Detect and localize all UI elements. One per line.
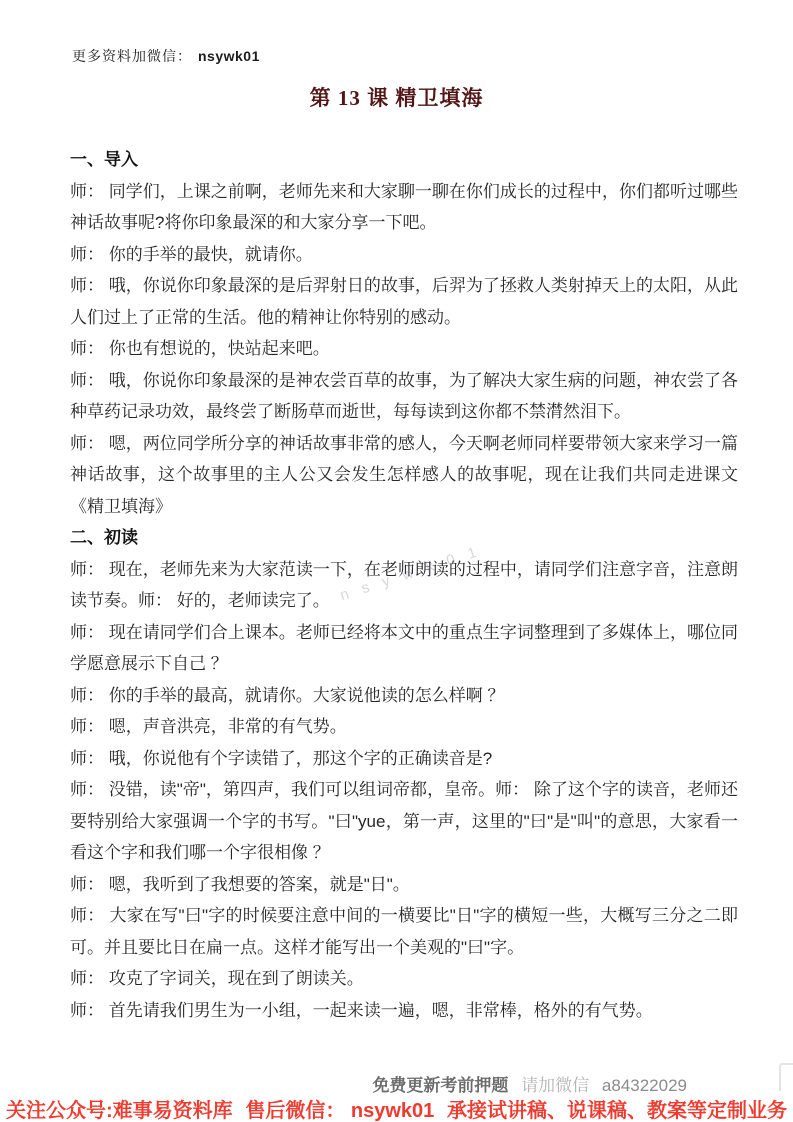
wechat-contact-header: 更多资料加微信：nsywk01 bbox=[72, 46, 260, 66]
promo-wechat-id: a84322029 bbox=[602, 1076, 687, 1095]
dialogue-paragraph: 师： 你的手举的最快，就请你。 bbox=[70, 239, 738, 271]
dialogue-paragraph: 师： 哦，你说你印象最深的是后羿射日的故事，后羿为了拯救人类射掉天上的太阳，从此… bbox=[70, 270, 738, 333]
section-heading-intro: 一、导入 bbox=[70, 144, 738, 176]
wechat-contact-id: nsywk01 bbox=[198, 48, 260, 64]
dialogue-paragraph: 师： 现在请同学们合上课本。老师已经将本文中的重点生字词整理到了多媒体上，哪位同… bbox=[70, 617, 738, 680]
dialogue-paragraph: 师： 嗯，我听到了我想要的答案，就是"日"。 bbox=[70, 869, 738, 901]
exam-update-promo: 免费更新考前押题 请加微信 a84322029 bbox=[372, 1071, 687, 1096]
lesson-title: 第 13 课 精卫填海 bbox=[0, 82, 793, 112]
dialogue-paragraph: 师： 嗯，声音洪亮，非常的有气势。 bbox=[70, 711, 738, 743]
promo-bold-text: 免费更新考前押题 bbox=[372, 1076, 508, 1095]
red-footer-banner: 关注公众号:难事易资料库 售后微信： nsywk01 承接试讲稿、说课稿、教案等… bbox=[6, 1094, 787, 1122]
dialogue-paragraph: 师： 哦，你说你印象最深的是神农尝百草的故事，为了解决大家生病的问题，神农尝了各… bbox=[70, 365, 738, 428]
red-footer-public-account: 关注公众号:难事易资料库 bbox=[6, 1094, 233, 1122]
dialogue-paragraph: 师： 你也有想说的，快站起来吧。 bbox=[70, 333, 738, 365]
dialogue-paragraph: 师： 你的手举的最高，就请你。大家说他读的怎么样啊 ？ bbox=[70, 680, 738, 712]
lesson-transcript: 一、导入 师： 同学们，上课之前啊，老师先来和大家聊一聊在你们成长的过程中，你们… bbox=[70, 144, 738, 1026]
dialogue-paragraph: 师： 同学们，上课之前啊，老师先来和大家聊一聊在你们成长的过程中，你们都听过哪些… bbox=[70, 176, 738, 239]
red-footer-services: 承接试讲稿、说课稿、教案等定制业务 bbox=[447, 1094, 787, 1122]
wechat-contact-label: 更多资料加微信： bbox=[72, 48, 192, 64]
dialogue-paragraph: 师： 首先请我们男生为一小组，一起来读一遍，嗯，非常棒，格外的有气势。 bbox=[70, 995, 738, 1027]
dialogue-paragraph: 师： 攻克了字词关，现在到了朗读关。 bbox=[70, 963, 738, 995]
cropped-edge-artifact bbox=[779, 1063, 793, 1091]
dialogue-paragraph: 师： 没错，读"帝"，第四声，我们可以组词帝都，皇帝。师： 除了这个字的读音，老… bbox=[70, 774, 738, 869]
dialogue-paragraph: 师： 大家在写"曰"字的时候要注意中间的一横要比"日"字的横短一些，大概写三分之… bbox=[70, 900, 738, 963]
section-heading-first-read: 二、初读 bbox=[70, 522, 738, 554]
red-footer-aftersale-wechat: 售后微信： nsywk01 bbox=[245, 1094, 434, 1122]
dialogue-paragraph: 师： 现在，老师先来为大家范读一下，在老师朗读的过程中，请同学们注意字音，注意朗… bbox=[70, 554, 738, 617]
promo-light-text: 请加微信 bbox=[521, 1076, 589, 1095]
dialogue-paragraph: 师： 哦，你说他有个字读错了，那这个字的正确读音是? bbox=[70, 743, 738, 775]
dialogue-paragraph: 师： 嗯，两位同学所分享的神话故事非常的感人，今天啊老师同样要带领大家来学习一篇… bbox=[70, 428, 738, 523]
